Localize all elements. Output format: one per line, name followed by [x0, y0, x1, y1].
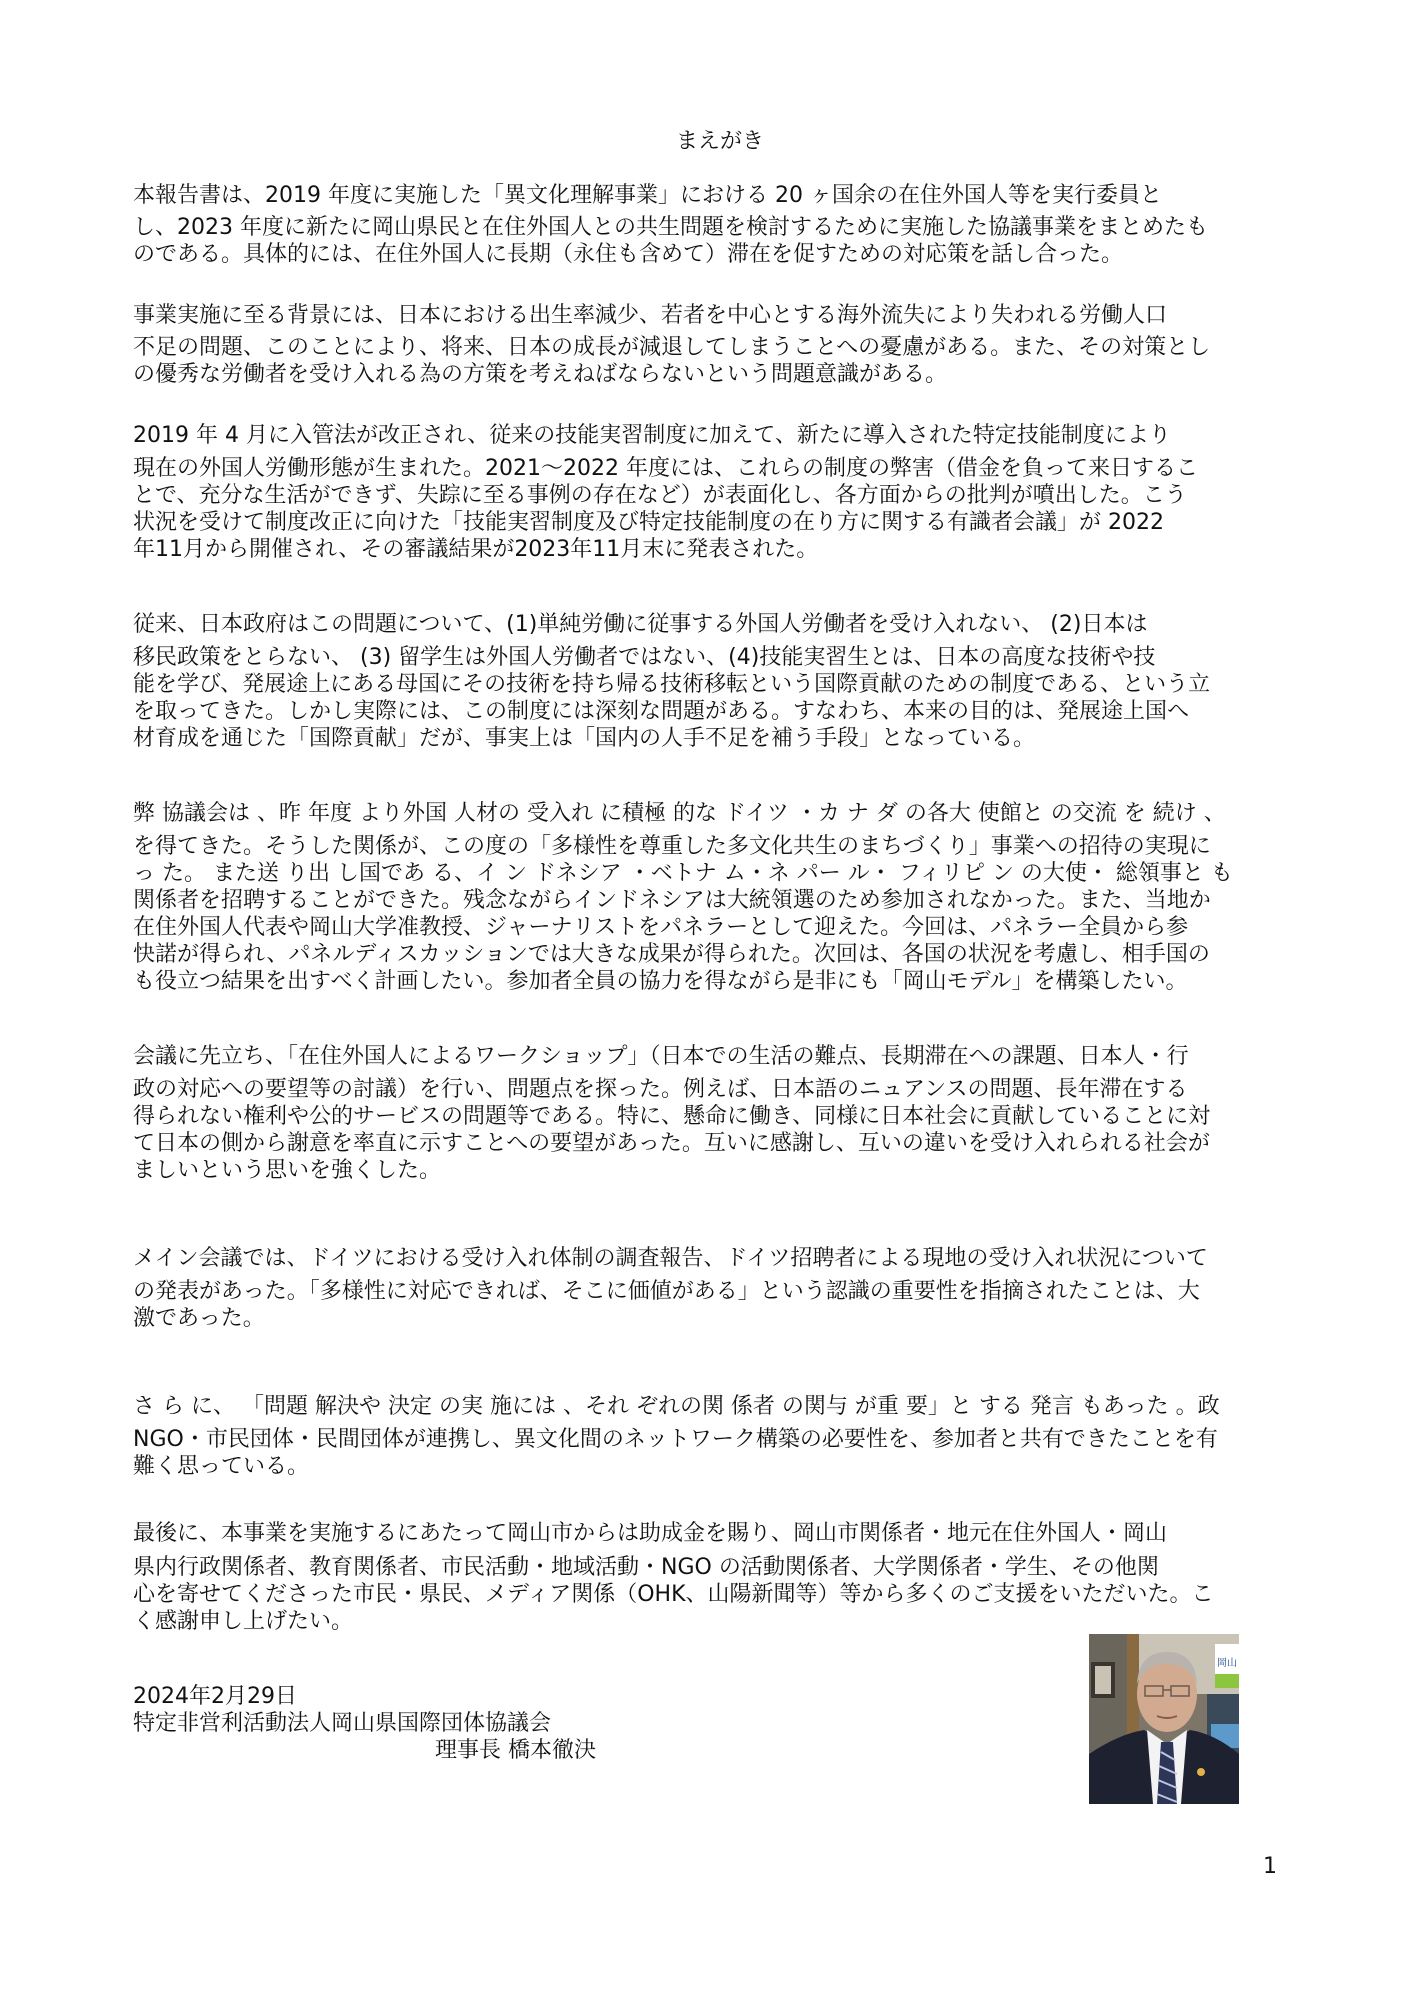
text-line: し、2023 年度に新たに岡山県民と在住外国人との共生問題を検討するために実施し… [133, 214, 1208, 242]
text-line: 快諾が得られ、パネルディスカッションでは大きな成果が得られた。次回は、各国の状況… [133, 941, 1210, 969]
text-line: 材育成を通じた「国際貢献」だが、事実上は「国内の人手不足を補う手段」となっている… [133, 725, 1035, 753]
text-line: 事業実施に至る背景には、日本における出生率減少、若者を中心とする海外流失により失… [133, 302, 1167, 330]
text-line: メイン会議では、ドイツにおける受け入れ体制の調査報告、ドイツ招聘者による現地の受… [133, 1245, 1208, 1273]
portrait-icon: 岡山 [1089, 1634, 1239, 1804]
portrait-photo: 岡山 [1089, 1634, 1239, 1804]
svg-text:岡山: 岡山 [1217, 1656, 1237, 1669]
text-line: さ ら に、 「問題 解決や 決定 の実 施には 、それ ぞれの関 係者 の関与… [133, 1393, 1220, 1421]
text-line: 従来、日本政府はこの問題について、(1)単純労働に従事する外国人労働者を受け入れ… [133, 611, 1147, 639]
text-line: 弊 協議会は 、昨 年度 より外国 人材の 受入れ に積極 的な ドイツ ・カ … [133, 800, 1226, 828]
text-line: 2019 年 4 月に入管法が改正され、従来の技能実習制度に加えて、新たに導入さ… [133, 422, 1171, 450]
text-line: っ た。 また送 り出 し国であ る、イ ン ドネシア ・ベトナ ム・ネ パー … [133, 860, 1233, 888]
text-line: のである。具体的には、在住外国人に長期（永住も含めて）滞在を促すための対応策を話… [133, 241, 1123, 269]
text-line: 激であった。 [133, 1305, 265, 1333]
text-line: の優秀な労働者を受け入れる為の方策を考えねばならないという問題意識がある。 [133, 361, 947, 389]
text-line: 年11月から開催され、その審議結果が2023年11月末に発表された。 [133, 536, 818, 564]
text-line: て日本の側から謝意を率直に示すことへの要望があった。互いに感謝し、互いの違いを受… [133, 1130, 1210, 1158]
text-line: とで、充分な生活ができず、失踪に至る事例の存在など）が表面化し、各方面からの批判… [133, 482, 1187, 510]
text-line: 在住外国人代表や岡山大学准教授、ジャーナリストをパネラーとして迎えた。今回は、パ… [133, 914, 1188, 942]
text-line: 移民政策をとらない、 (3) 留学生は外国人労働者ではない、(4)技能実習生とは… [133, 644, 1155, 672]
page-title: まえがき [0, 128, 1414, 156]
text-line: 本報告書は、2019 年度に実施した「異文化理解事業」における 20 ヶ国余の在… [133, 182, 1162, 210]
text-line: 心を寄せてくださった市民・県民、メディア関係（OHK、山陽新聞等）等から多くのご… [133, 1581, 1214, 1609]
text-line: 最後に、本事業を実施するにあたって岡山市からは助成金を賜り、岡山市関係者・地元在… [133, 1520, 1167, 1548]
text-line: 県内行政関係者、教育関係者、市民活動・地域活動・NGO の活動関係者、大学関係者… [133, 1554, 1159, 1582]
text-line: 不足の問題、このことにより、将来、日本の成長が減退してしまうことへの憂慮がある。… [133, 334, 1210, 362]
text-line: 現在の外国人労働形態が生まれた。2021～2022 年度には、これらの制度の弊害… [133, 455, 1198, 483]
text-line: ましいという思いを強くした。 [133, 1157, 441, 1185]
text-line: を取ってきた。しかし実際には、この制度には深刻な問題がある。すなわち、本来の目的… [133, 698, 1189, 726]
page-number: 1 [1263, 1853, 1277, 1881]
signature-date: 2024年2月29日 [133, 1683, 297, 1711]
text-line: 得られない権利や公的サービスの問題等である。特に、懸命に働き、同様に日本社会に貢… [133, 1103, 1210, 1131]
text-line: 会議に先立ち、「在住外国人によるワークショップ」（日本での生活の難点、長期滞在へ… [133, 1043, 1189, 1071]
text-line: 能を学び、発展途上にある母国にその技術を持ち帰る技術移転という国際貢献のための制… [133, 671, 1210, 699]
text-line: も役立つ結果を出すべく計画したい。参加者全員の協力を得ながら是非にも「岡山モデル… [133, 968, 1187, 996]
text-line: く感謝申し上げたい。 [133, 1608, 353, 1636]
text-line: 状況を受けて制度改正に向けた「技能実習制度及び特定技能制度の在り方に関する有識者… [133, 509, 1164, 537]
signature-organization: 特定非営利活動法人岡山県国際団体協議会 [133, 1710, 551, 1738]
text-line: 難く思っている。 [133, 1453, 309, 1481]
text-line: NGO・市民団体・民間団体が連携し、異文化間のネットワーク構築の必要性を、参加者… [133, 1426, 1218, 1454]
text-line: の発表があった。「多様性に対応できれば、そこに価値がある」という認識の重要性を指… [133, 1278, 1200, 1306]
text-line: 関係者を招聘することができた。残念ながらインドネシアは大統領選のため参加されなか… [133, 887, 1211, 915]
text-line: 政の対応への要望等の討議）を行い、問題点を探った。例えば、日本語のニュアンスの問… [133, 1076, 1187, 1104]
text-line: を得てきた。そうした関係が、この度の「多様性を尊重した多文化共生のまちづくり」事… [133, 833, 1211, 861]
signature-signer: 理事長 橋本徹決 [435, 1737, 596, 1765]
